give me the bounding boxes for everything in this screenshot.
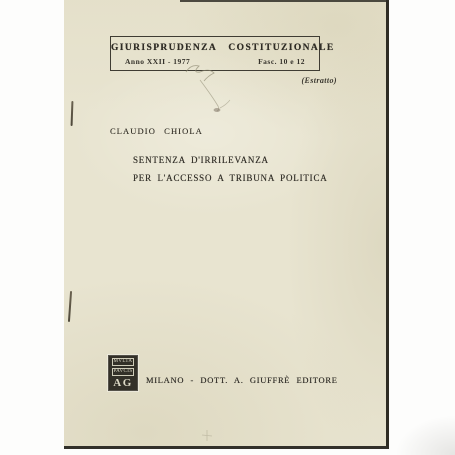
scan-corner-shadow [395, 415, 455, 455]
logo-motto-line2: PAVCIS [112, 368, 134, 376]
scanned-document: GIURISPRUDENZA COSTITUZIONALE Anno XXII … [0, 0, 455, 455]
journal-title: GIURISPRUDENZA COSTITUZIONALE [111, 43, 319, 53]
pencil-scribble [176, 58, 246, 128]
publisher-logo: MVLTA PAVCIS AG [108, 355, 138, 391]
booklet-cover-page: GIURISPRUDENZA COSTITUZIONALE Anno XXII … [64, 0, 389, 449]
staple-top [71, 101, 74, 126]
author-name: CLAUDIO CHIOLA [110, 126, 203, 136]
journal-fascicle: Fasc. 10 e 12 [258, 57, 305, 66]
scan-top-edge-shadow [180, 0, 386, 2]
work-title-line1: SENTENZA D'IRRILEVANZA [133, 152, 328, 170]
work-title: SENTENZA D'IRRILEVANZA PER L'ACCESSO A T… [133, 152, 328, 187]
staple-bottom [68, 291, 72, 322]
logo-initials: AG [109, 377, 137, 390]
extract-label: (Estratto) [301, 76, 337, 85]
logo-motto-line1: MVLTA [112, 358, 134, 366]
pencil-mark [200, 428, 214, 444]
publisher-imprint: MILANO - DOTT. A. GIUFFRÈ EDITORE [146, 375, 338, 385]
work-title-line2: PER L'ACCESSO A TRIBUNA POLITICA [133, 170, 328, 188]
